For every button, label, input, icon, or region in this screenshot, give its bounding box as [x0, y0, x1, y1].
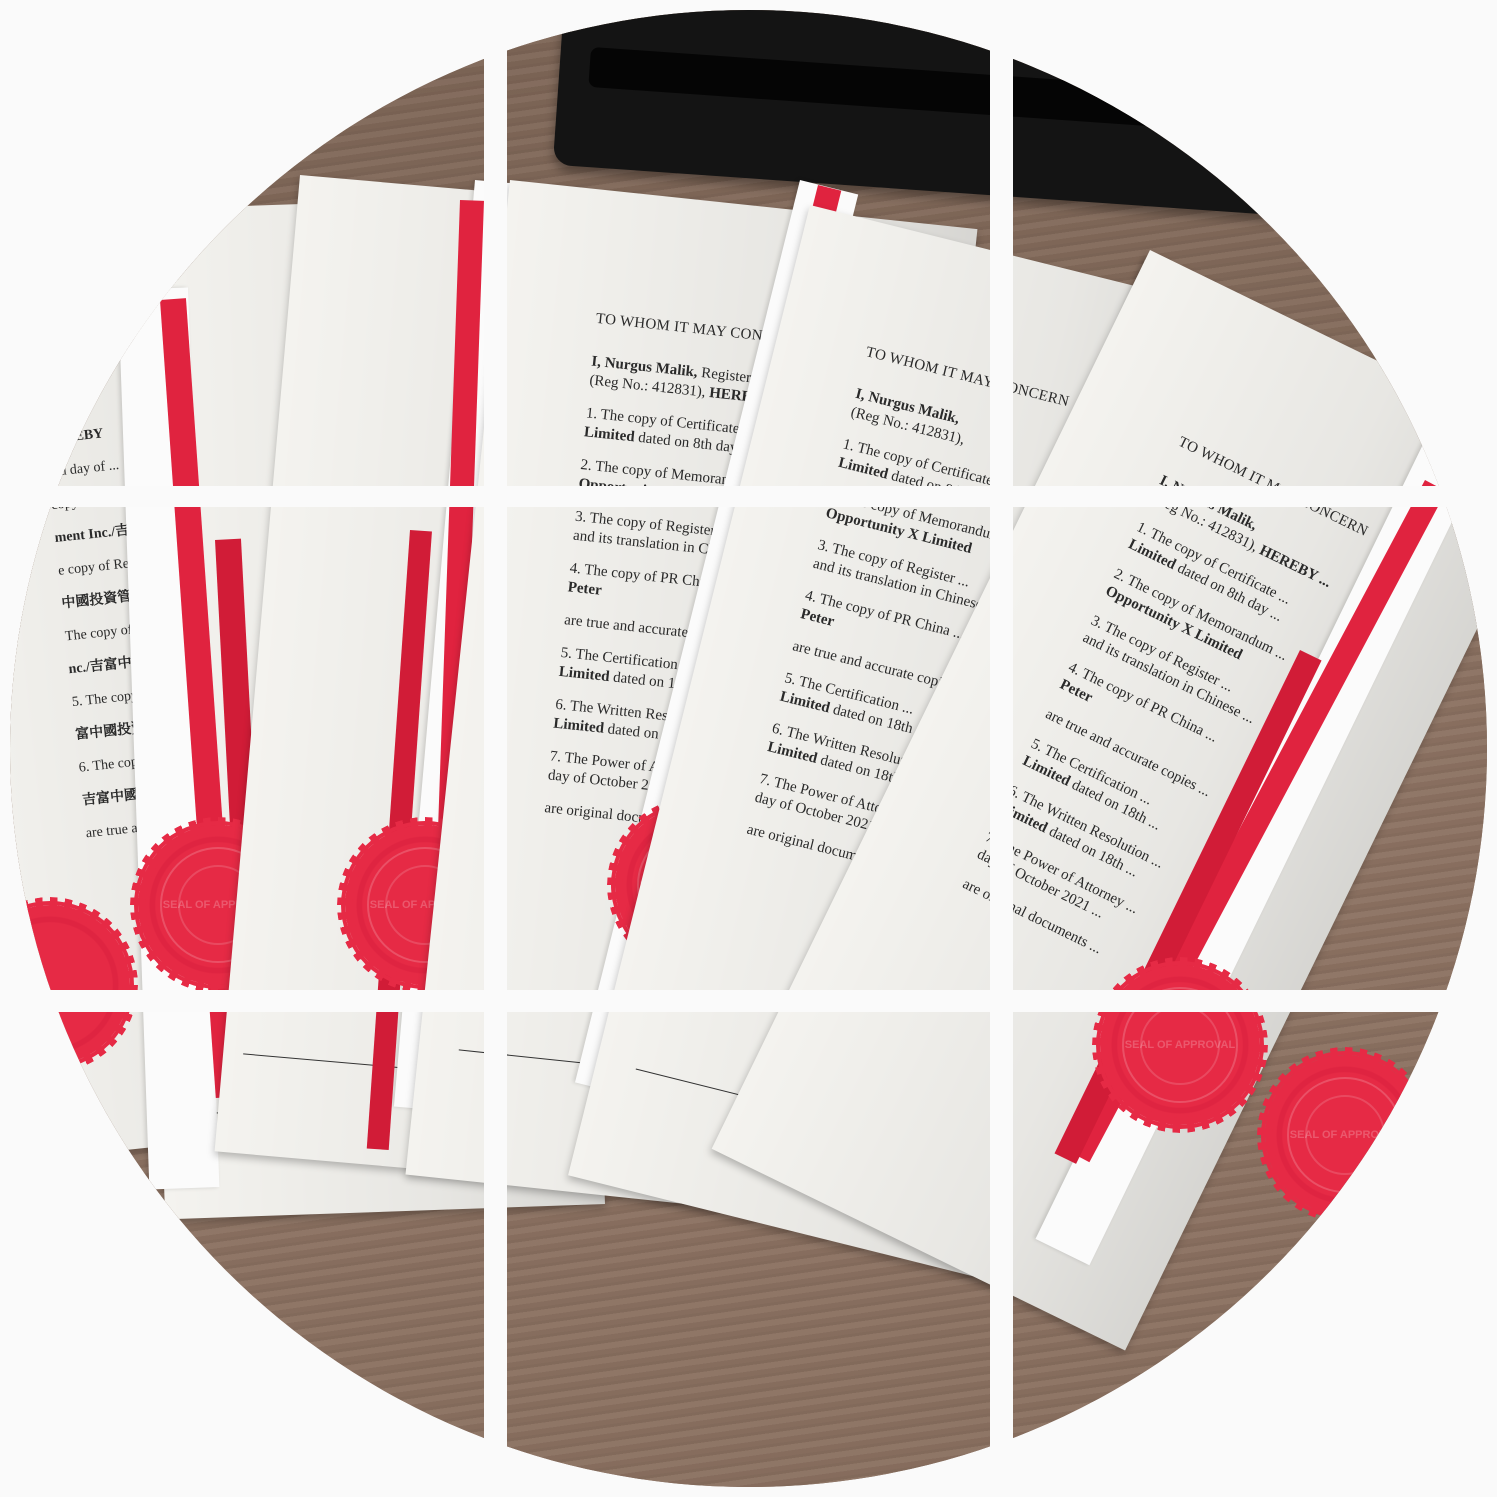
item-num: 6. [555, 697, 568, 714]
item-bold: Limited [558, 664, 610, 685]
grid-gutter-horizontal [0, 486, 1497, 507]
item-num: 7. [758, 771, 773, 789]
item-num: 4. [803, 588, 818, 606]
item-num: 7. [549, 748, 562, 765]
item-bold: Peter [567, 579, 603, 598]
item-num: 5. [783, 670, 798, 688]
item-num: 1. [841, 436, 856, 454]
item-num: 3. [816, 537, 831, 555]
wax-seal: SEAL OF APPROVAL [1265, 1055, 1425, 1215]
wax-seal: SEAL OF APPROVAL [1100, 965, 1260, 1125]
item-num: 3. [574, 509, 587, 526]
seal-emboss: SEAL OF APPROVAL [1265, 1055, 1425, 1215]
wax-seal [10, 905, 130, 1065]
grid-gutter-horizontal [0, 990, 1497, 1012]
item-num: 6. [770, 721, 785, 739]
item-num: 1. [585, 405, 598, 422]
item-bold: Limited [553, 716, 605, 737]
item-num: 2. [580, 457, 593, 474]
item-num: 4. [569, 560, 582, 577]
item-bold: Limited [583, 424, 635, 445]
item-num: 5. [560, 645, 573, 662]
grid-gutter-vertical [484, 0, 507, 1497]
seal-emboss: SEAL OF APPROVAL [1100, 965, 1260, 1125]
grid-gutter-vertical [990, 0, 1013, 1497]
photo-circle: NC Register HEREBY 3rd day of ... copy o… [10, 10, 1487, 1487]
